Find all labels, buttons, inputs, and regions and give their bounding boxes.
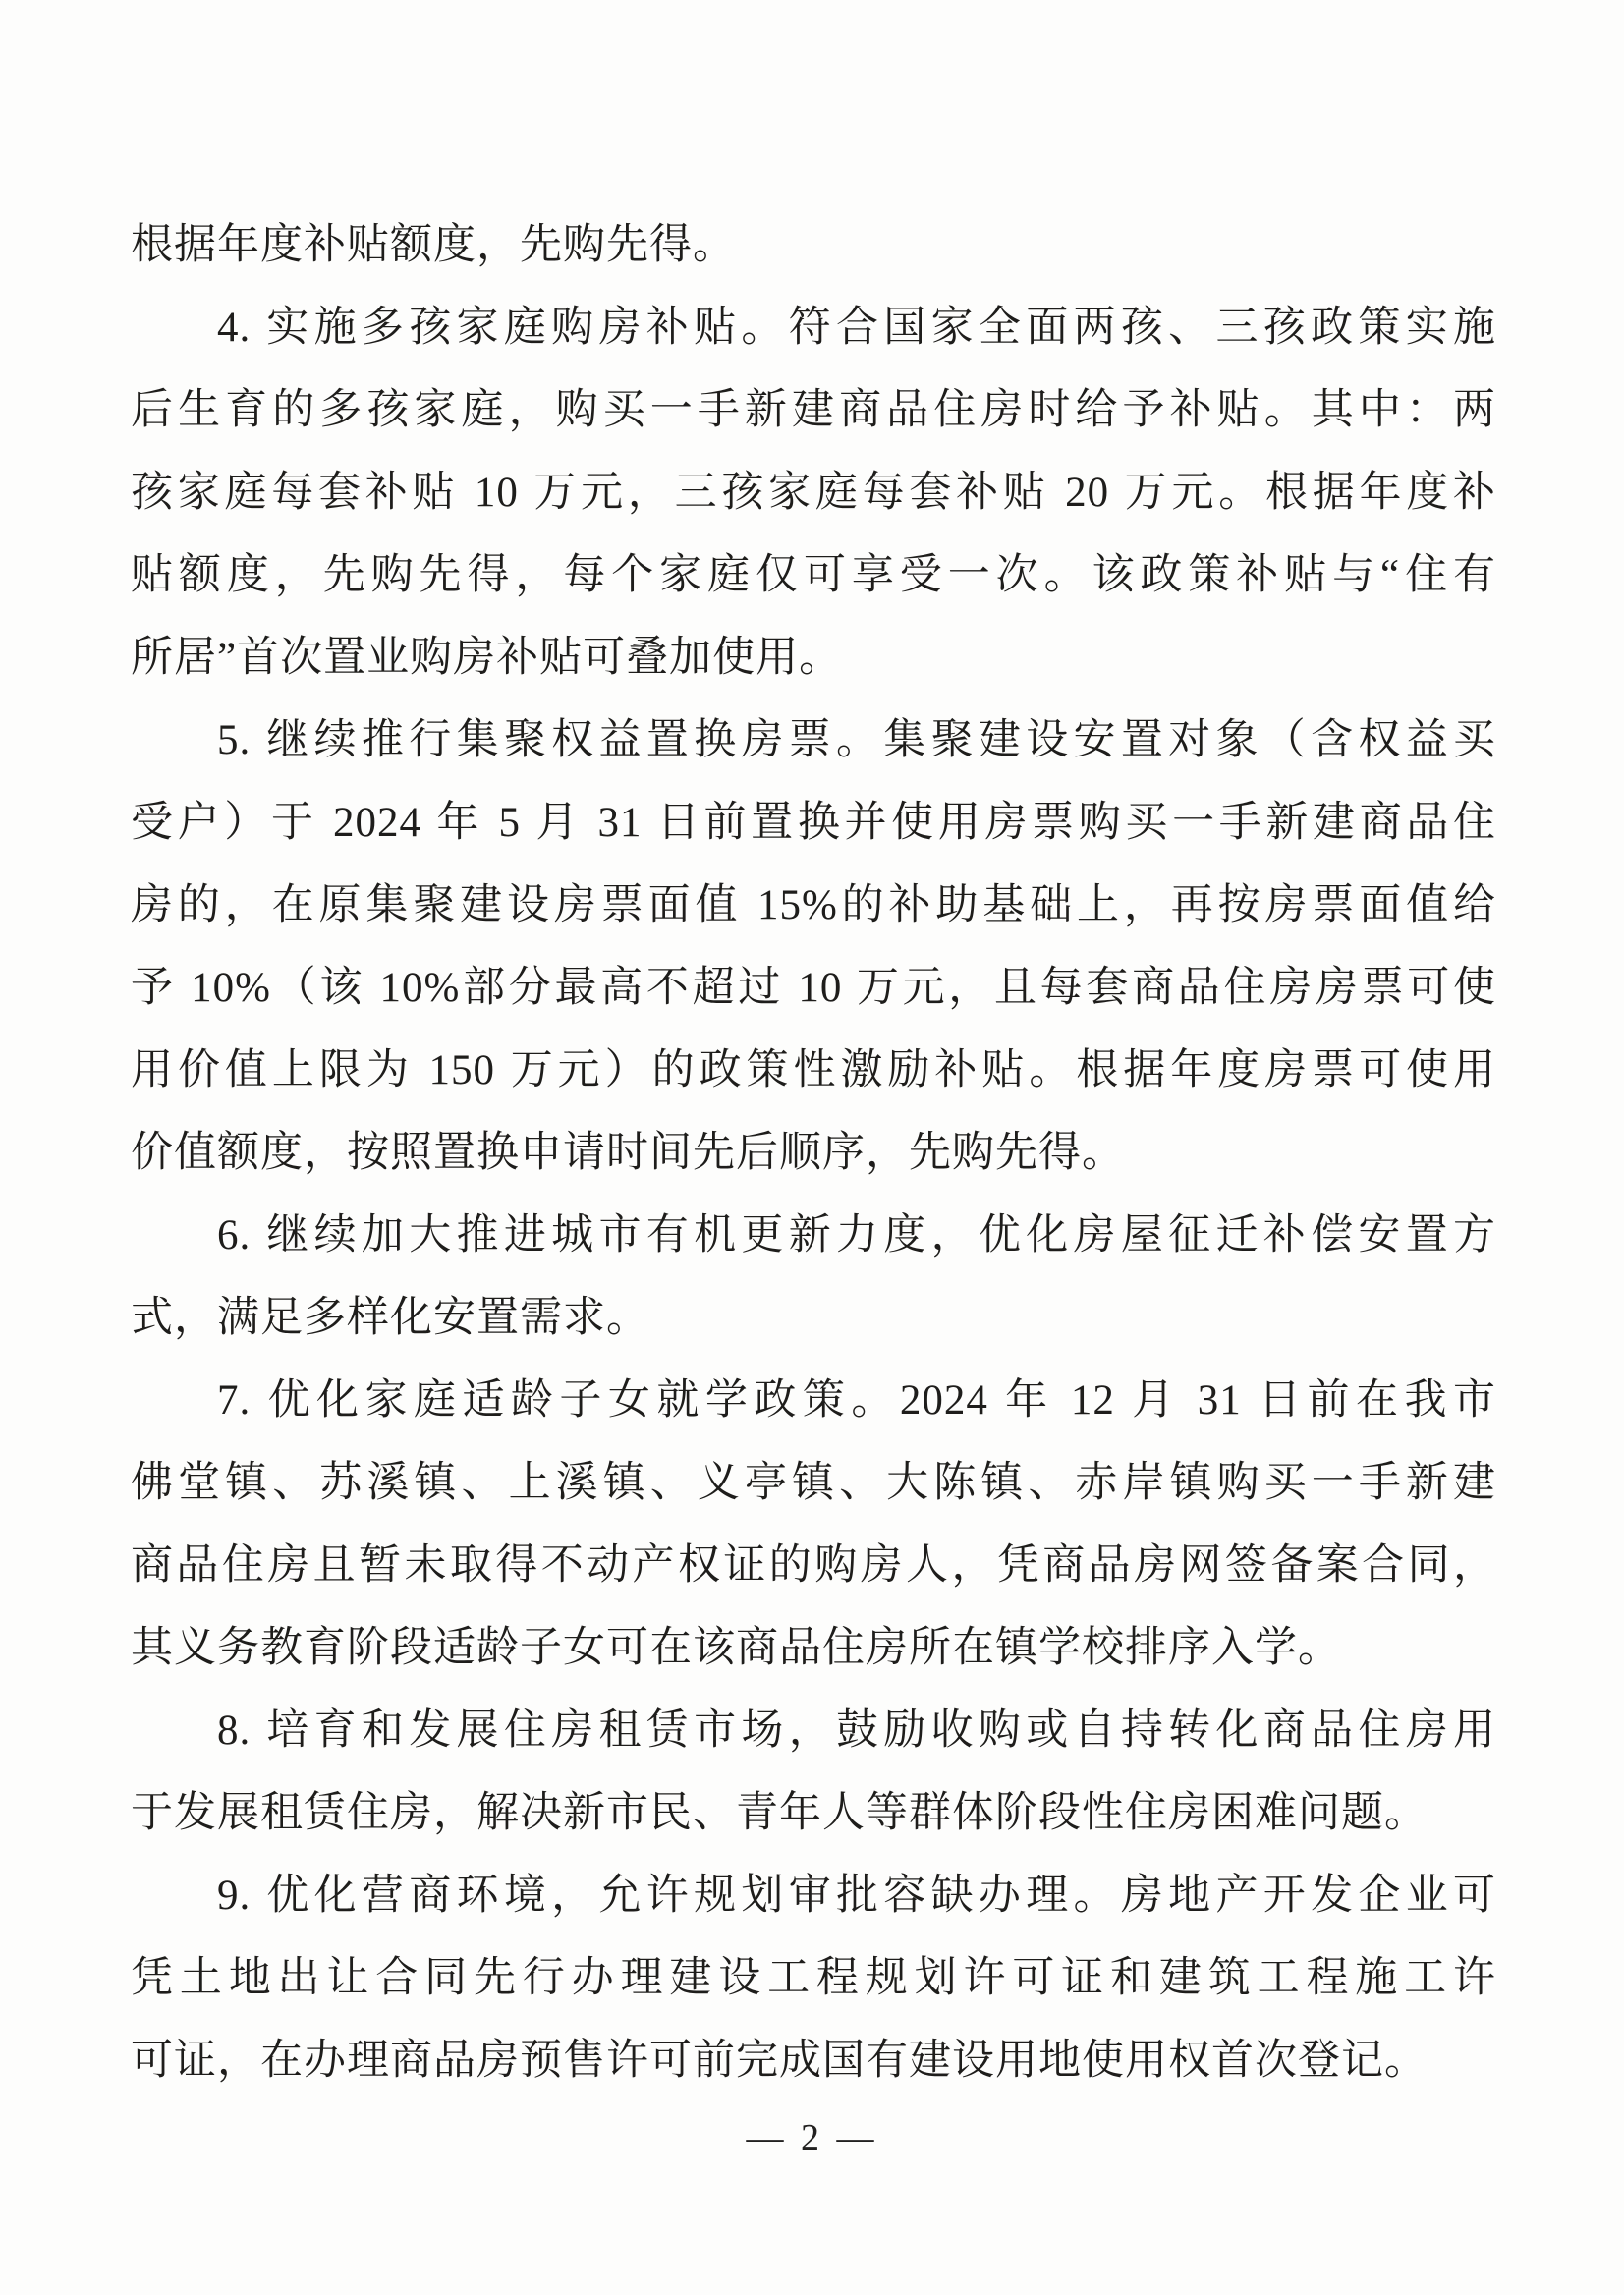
text-line: 所居”首次置业购房补贴可叠加使用。 (131, 617, 1496, 700)
text-line: 后生育的多孩家庭，购买一手新建商品住房时给予补贴。其中：两 (131, 369, 1496, 452)
text-line-paragraph-8-start: 8. 培育和发展住房租赁市场，鼓励收购或自持转化商品住房用 (131, 1690, 1496, 1772)
text-line: 根据年度补贴额度，先购先得。 (131, 204, 1496, 287)
text-line: 式，满足多样化安置需求。 (131, 1277, 1496, 1360)
document-page: 根据年度补贴额度，先购先得。 4. 实施多孩家庭购房补贴。符合国家全面两孩、三孩… (0, 0, 1624, 2295)
text-line: 孩家庭每套补贴 10 万元，三孩家庭每套补贴 20 万元。根据年度补 (131, 452, 1496, 534)
text-line: 贴额度，先购先得，每个家庭仅可享受一次。该政策补贴与“住有 (131, 534, 1496, 617)
text-line: 价值额度，按照置换申请时间先后顺序，先购先得。 (131, 1112, 1496, 1195)
text-line-paragraph-7-start: 7. 优化家庭适龄子女就学政策。2024 年 12 月 31 日前在我市 (131, 1360, 1496, 1442)
text-line: 房的，在原集聚建设房票面值 15%的补助基础上，再按房票面值给 (131, 865, 1496, 947)
text-line-paragraph-6-start: 6. 继续加大推进城市有机更新力度，优化房屋征迁补偿安置方 (131, 1195, 1496, 1277)
text-line: 可证，在办理商品房预售许可前完成国有建设用地使用权首次登记。 (131, 2020, 1496, 2102)
page-number: — 2 — (0, 2108, 1624, 2167)
text-line: 其义务教育阶段适龄子女可在该商品住房所在镇学校排序入学。 (131, 1607, 1496, 1690)
text-line: 于发展租赁住房，解决新市民、青年人等群体阶段性住房困难问题。 (131, 1772, 1496, 1855)
text-line: 予 10%（该 10%部分最高不超过 10 万元，且每套商品住房房票可使 (131, 947, 1496, 1030)
text-line-paragraph-5-start: 5. 继续推行集聚权益置换房票。集聚建设安置对象（含权益买 (131, 700, 1496, 782)
text-line: 佛堂镇、苏溪镇、上溪镇、义亭镇、大陈镇、赤岸镇购买一手新建 (131, 1442, 1496, 1525)
document-body-text: 根据年度补贴额度，先购先得。 4. 实施多孩家庭购房补贴。符合国家全面两孩、三孩… (131, 204, 1496, 2102)
text-line: 商品住房且暂未取得不动产权证的购房人，凭商品房网签备案合同， (131, 1525, 1496, 1607)
text-line-paragraph-4-start: 4. 实施多孩家庭购房补贴。符合国家全面两孩、三孩政策实施 (131, 287, 1496, 369)
text-line: 凭土地出让合同先行办理建设工程规划许可证和建筑工程施工许 (131, 1937, 1496, 2020)
text-line-paragraph-9-start: 9. 优化营商环境，允许规划审批容缺办理。房地产开发企业可 (131, 1855, 1496, 1937)
text-line: 用价值上限为 150 万元）的政策性激励补贴。根据年度房票可使用 (131, 1030, 1496, 1112)
text-line: 受户）于 2024 年 5 月 31 日前置换并使用房票购买一手新建商品住 (131, 782, 1496, 865)
